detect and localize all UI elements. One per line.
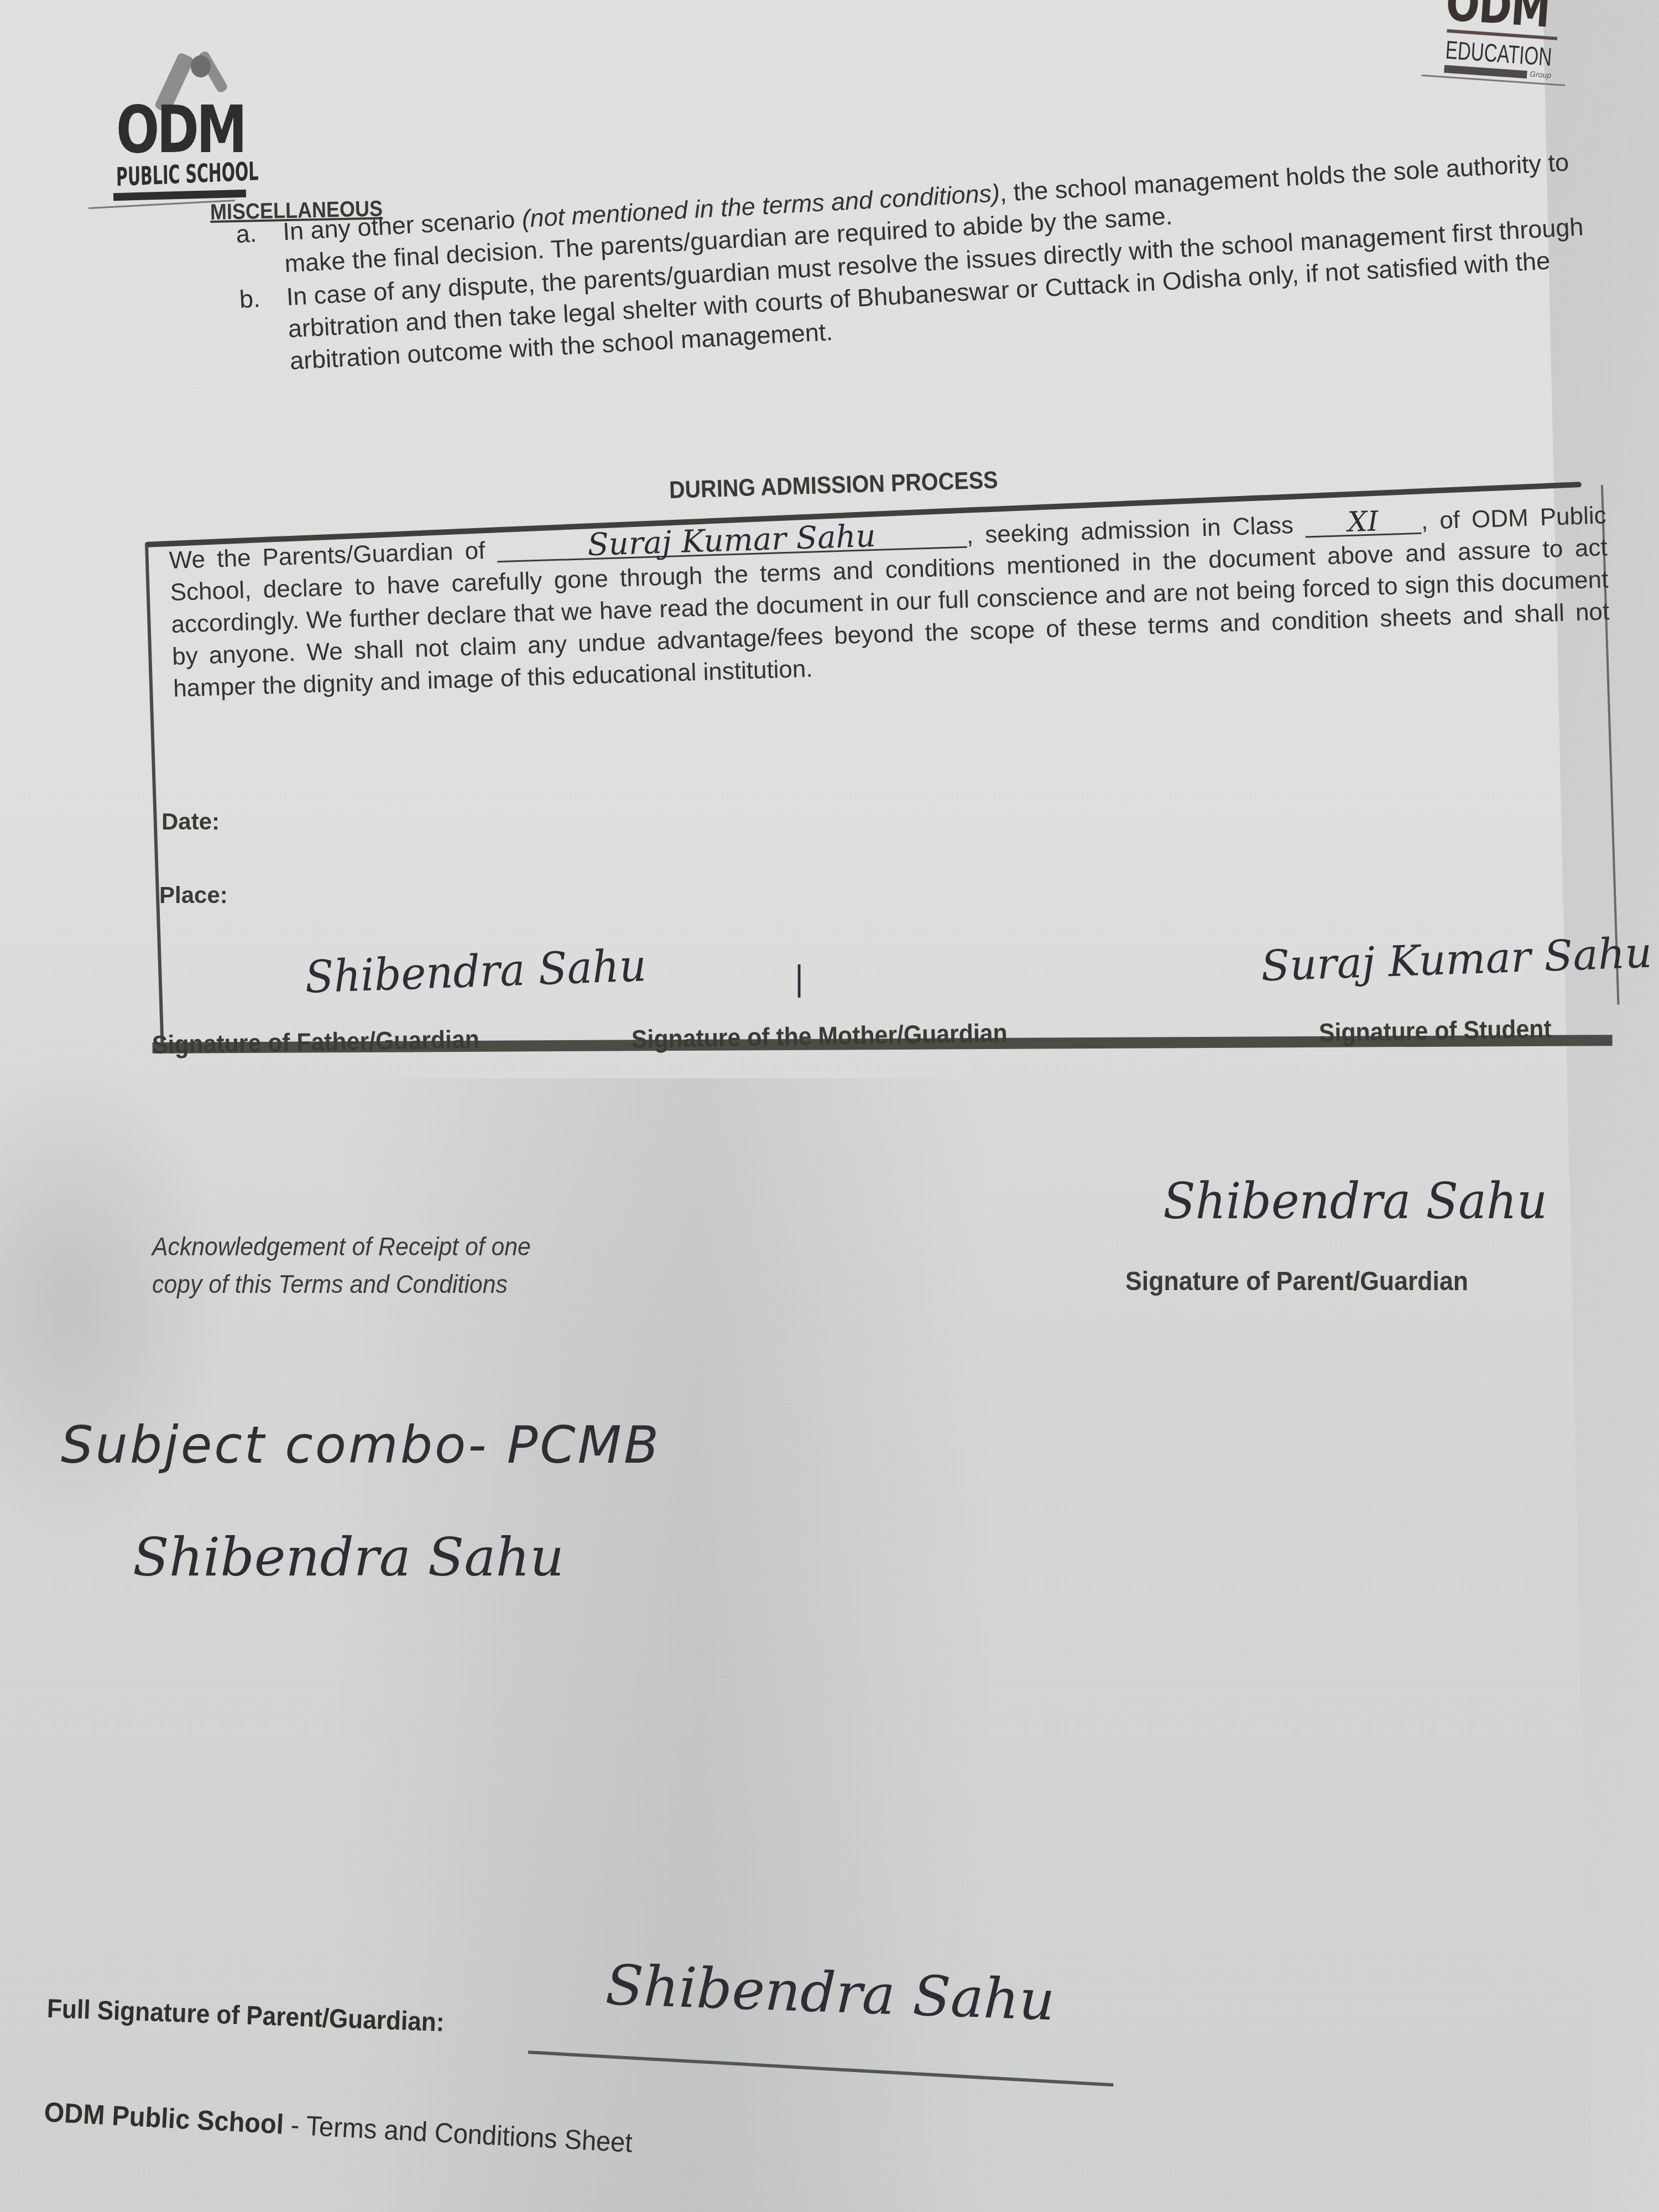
parent-signature-label: Signature of Parent/Guardian bbox=[1125, 1266, 1468, 1297]
class-field[interactable]: XI bbox=[1305, 507, 1421, 538]
acknowledgement-line: Acknowledgement of Receipt of one bbox=[152, 1228, 531, 1265]
logo-wordmark: ODM bbox=[116, 91, 244, 168]
handwritten-signature: Shibendra Sahu bbox=[133, 1526, 564, 1588]
odm-public-school-logo: ODM PUBLIC SCHOOL bbox=[113, 44, 257, 199]
logo-subtitle: PUBLIC SCHOOL bbox=[116, 156, 259, 192]
place-label: Place: bbox=[159, 882, 228, 909]
student-signature-label: Signature of Student bbox=[1319, 1014, 1552, 1047]
mother-signature[interactable]: | bbox=[794, 959, 805, 998]
acknowledgement-text: Acknowledgement of Receipt of one copy o… bbox=[152, 1228, 531, 1303]
handwritten-subject-combo: Subject combo- PCMB bbox=[61, 1416, 661, 1475]
father-signature-label: Signature of Father/Guardian bbox=[152, 1024, 480, 1060]
logo-tag: Group bbox=[1530, 69, 1552, 80]
acknowledgement-line: copy of this Terms and Conditions bbox=[152, 1265, 531, 1303]
list-marker: a. bbox=[235, 217, 258, 251]
parent-signature[interactable]: Shibendra Sahu bbox=[1163, 1172, 1547, 1230]
date-label: Date: bbox=[161, 808, 220, 835]
logo-person-icon bbox=[191, 55, 211, 77]
list-marker: b. bbox=[238, 283, 261, 316]
odm-education-logo: ODM EDUCATION Group bbox=[1428, 0, 1580, 116]
